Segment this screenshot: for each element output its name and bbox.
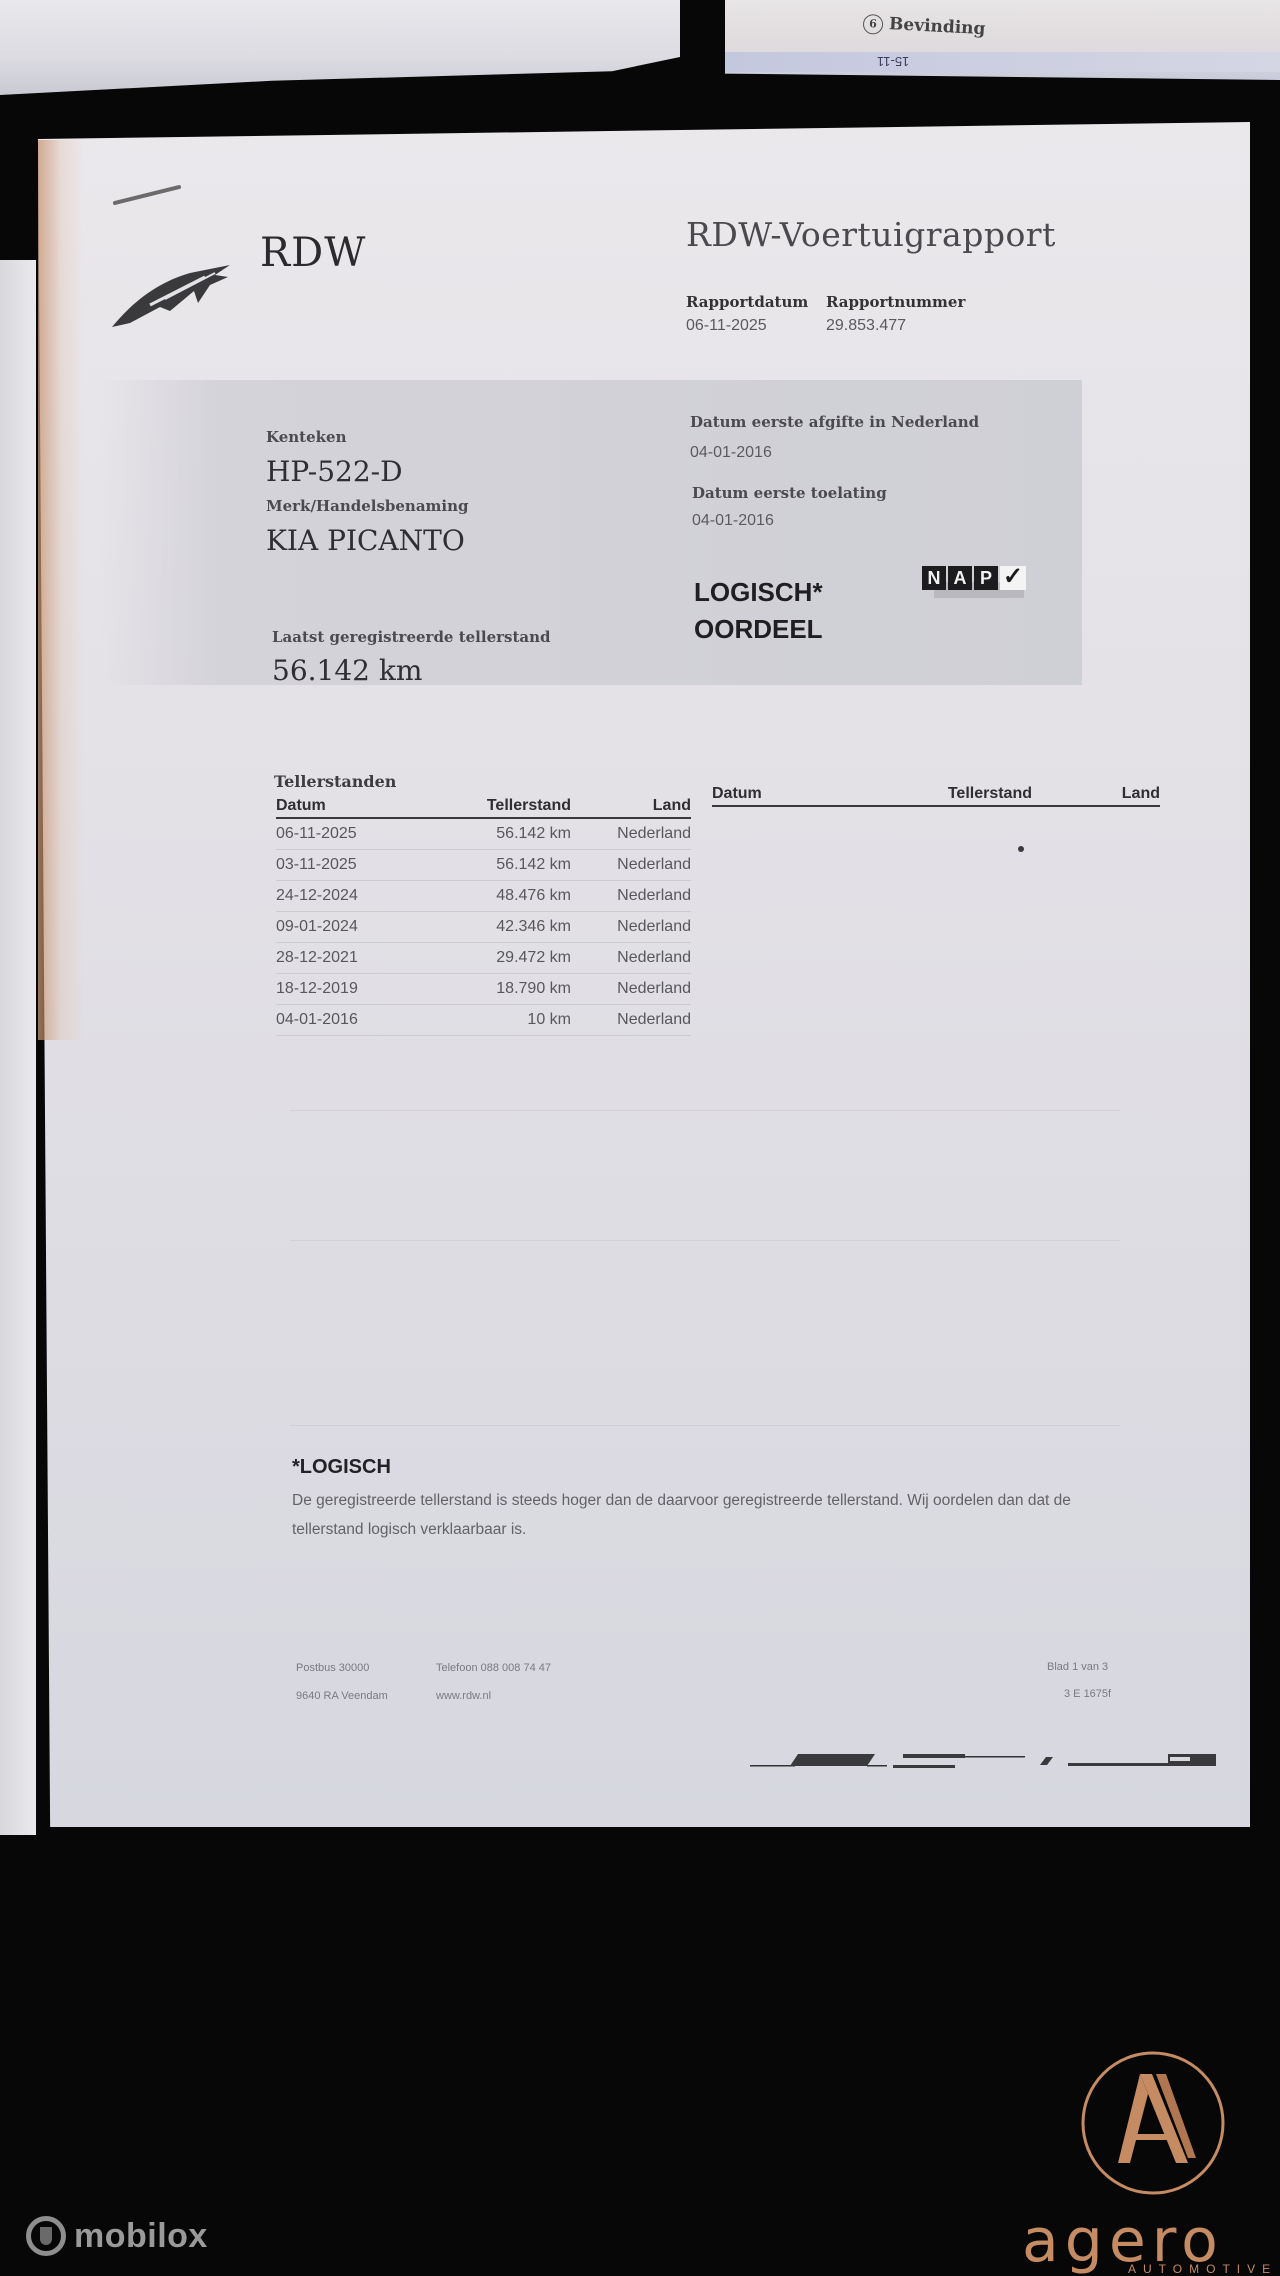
plate-label: Kenteken (266, 428, 346, 446)
odometer-table-caption: Tellerstanden (274, 772, 396, 791)
table-cell-km: 56.142 km (426, 825, 571, 843)
table-cell-date: 03-11-2025 (276, 856, 426, 874)
footer-phone: Telefoon 088 008 74 47 (436, 1662, 551, 1674)
paper-shadow (38, 140, 84, 1040)
first-admission-value: 04-01-2016 (692, 512, 774, 530)
rdw-logo-text: RDW (260, 230, 366, 276)
table-cell-country: Nederland (571, 949, 691, 967)
ghost-line (290, 1425, 1120, 1426)
table-cell-date: 24-12-2024 (276, 887, 426, 905)
table-cell-country: Nederland (571, 856, 691, 874)
table-cell-km: 29.472 km (426, 949, 571, 967)
ghost-line (290, 1110, 1120, 1111)
table-row: 04-01-201610 kmNederland (276, 1005, 691, 1036)
brand-label: Merk/Handelsbenaming (266, 497, 469, 515)
footnote-text: De geregistreerde tellerstand is steeds … (292, 1486, 1122, 1544)
report-date: Rapportdatum 06-11-2025 (686, 293, 808, 335)
table-cell-km: 42.346 km (426, 918, 571, 936)
brand-value: KIA PICANTO (266, 524, 465, 557)
table-cell-country: Nederland (571, 1011, 691, 1029)
first-issue-label: Datum eerste afgifte in Nederland (690, 413, 979, 431)
nap-letter-n: N (922, 566, 946, 590)
table-cell-date: 04-01-2016 (276, 1011, 426, 1029)
footnote-title: *LOGISCH (292, 1456, 391, 1479)
table-cell-country: Nederland (571, 918, 691, 936)
table-row: 06-11-202556.142 kmNederland (276, 819, 691, 850)
mobilox-watermark: mobilox (26, 2216, 208, 2256)
table-cell-date: 28-12-2021 (276, 949, 426, 967)
footer-page-number: Blad 1 van 3 (1047, 1661, 1108, 1673)
report-number: Rapportnummer 29.853.477 (826, 293, 965, 335)
verdict-label: OORDEEL (694, 614, 823, 645)
table-cell-date: 06-11-2025 (276, 825, 426, 843)
odometer-table: Datum Tellerstand Land 06-11-202556.142 … (276, 797, 691, 1036)
table-row: 24-12-202448.476 kmNederland (276, 881, 691, 912)
table-cell-country: Nederland (571, 980, 691, 998)
table-body: 06-11-202556.142 kmNederland03-11-202556… (276, 819, 691, 1036)
step-heading: 6Bevinding (863, 13, 986, 40)
first-admission-label: Datum eerste toelating (692, 484, 887, 502)
document-barcode-icon (750, 1752, 1216, 1772)
footer-website: www.rdw.nl (436, 1690, 491, 1702)
nap-letter-p: P (974, 566, 998, 590)
table-cell-date: 18-12-2019 (276, 980, 426, 998)
table-header: Datum Tellerstand Land (276, 797, 691, 819)
ghost-line (290, 1240, 1120, 1241)
footer-code: 3 E 1675f (1064, 1688, 1111, 1700)
check-icon: ✓ (1000, 566, 1026, 590)
plate-value: HP-522-D (266, 455, 403, 488)
nap-letter-a: A (948, 566, 972, 590)
table-row: 03-11-202556.142 kmNederland (276, 850, 691, 881)
table-row: 09-01-202442.346 kmNederland (276, 912, 691, 943)
verdict-value: LOGISCH* (694, 577, 823, 608)
table-row: 18-12-201918.790 kmNederland (276, 974, 691, 1005)
report-title: RDW-Voertuigrapport (686, 215, 1056, 254)
table-cell-km: 48.476 km (426, 887, 571, 905)
odometer-label: Laatst geregistreerde tellerstand (272, 628, 551, 646)
table-header: Datum Tellerstand Land (712, 785, 1160, 807)
step-number-icon: 6 (863, 13, 884, 34)
agero-logo-icon (1078, 2048, 1228, 2198)
background-paper-right: 6Bevinding 15-11 (725, 0, 1280, 80)
paper-stripe: 15-11 (725, 52, 1280, 72)
table-cell-km: 10 km (426, 1011, 571, 1029)
background-paper-strip (0, 260, 36, 1835)
table-cell-km: 18.790 km (426, 980, 571, 998)
table-cell-country: Nederland (571, 887, 691, 905)
odometer-value: 56.142 km (272, 654, 422, 687)
background-paper-left (0, 0, 680, 95)
table-cell-km: 56.142 km (426, 856, 571, 874)
nap-badge: N A P ✓ (922, 566, 1026, 594)
table-cell-country: Nederland (571, 825, 691, 843)
rdw-feather-logo-icon (110, 255, 240, 335)
table-row: 28-12-202129.472 kmNederland (276, 943, 691, 974)
agero-tagline: AUTOMOTIVE (1128, 2262, 1277, 2276)
footer-address-line2: 9640 RA Veendam (296, 1690, 388, 1702)
footer-address-line1: Postbus 30000 (296, 1662, 369, 1674)
paper-speck (1018, 846, 1024, 852)
table-cell-date: 09-01-2024 (276, 918, 426, 936)
first-issue-value: 04-01-2016 (690, 444, 772, 462)
odometer-table-continued: Datum Tellerstand Land (712, 785, 1160, 807)
mobilox-logo-icon (26, 2216, 66, 2256)
